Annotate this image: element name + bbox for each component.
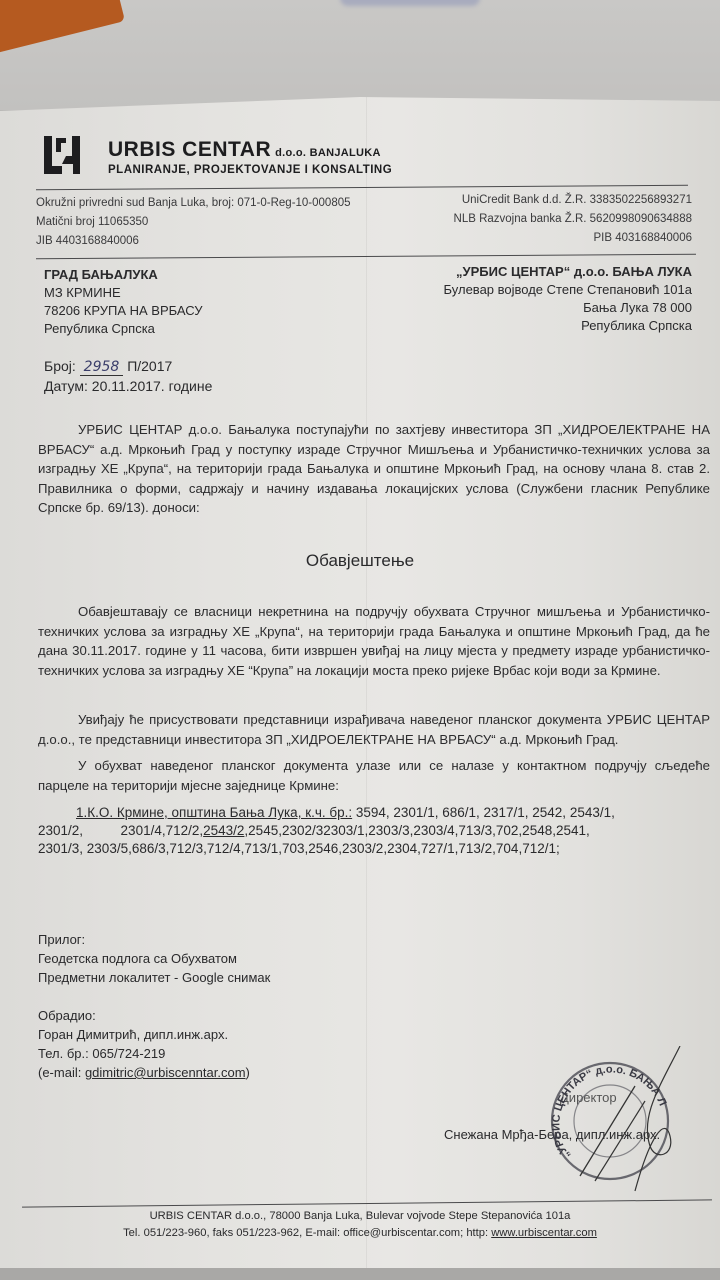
parcel-list-label: 1.К.О. Крмине, општина Бања Лука, к.ч. б… bbox=[76, 805, 352, 820]
intro-text: УРБИС ЦЕНТАР д.о.о. Бањалука поступајући… bbox=[38, 422, 710, 515]
official-stamp-icon: „УРБИС ЦЕНТАР“ д.о.о. БАЊА ЛУКА bbox=[540, 1046, 690, 1196]
email-prefix: (e-mail: bbox=[38, 1065, 85, 1080]
preparer-name: Горан Димитрић, дипл.инж.арх. bbox=[38, 1025, 250, 1044]
jib-number: JIB 4403168840006 bbox=[36, 232, 351, 251]
parcel-number-underlined: 2543/2 bbox=[203, 823, 244, 838]
notice-paragraph: Обавјештавају се власници некретнина на … bbox=[38, 602, 710, 680]
sender-line: Бања Лука 78 000 bbox=[444, 299, 692, 317]
attachments-block: Прилог: Геодетска подлога са Обухватом П… bbox=[38, 930, 270, 987]
scope-paragraph: У обухват наведеног планског документа у… bbox=[38, 756, 710, 795]
recipient-line: МЗ КРМИНЕ bbox=[44, 284, 202, 302]
footer: URBIS CENTAR d.o.o., 78000 Banja Luka, B… bbox=[0, 1208, 720, 1242]
email-suffix: ) bbox=[246, 1065, 250, 1080]
attendance-paragraph: Увиђају ће присуствовати представници из… bbox=[38, 710, 710, 749]
letterhead-brand: URBIS CENTARd.o.o. BANJALUKA PLANIRANJE,… bbox=[108, 138, 392, 176]
company-tagline: PLANIRANJE, PROJEKTOVANJE I KONSALTING bbox=[108, 164, 392, 176]
paper-fold bbox=[366, 97, 367, 1269]
date-label: Датум: bbox=[44, 378, 88, 394]
intro-paragraph: УРБИС ЦЕНТАР д.о.о. Бањалука поступајући… bbox=[38, 420, 710, 518]
recipient-line: Република Српска bbox=[44, 320, 202, 338]
company-suffix: d.o.o. BANJALUKA bbox=[275, 147, 381, 159]
registration-number: Matični broj 11065350 bbox=[36, 213, 351, 232]
footer-contacts: Tel. 051/223-960, faks 051/223-962, E-ma… bbox=[123, 1227, 491, 1239]
recipient-address: ГРАД БАЊАЛУКА МЗ КРМИНЕ 78206 КРУПА НА В… bbox=[44, 266, 202, 338]
attendance-text: Увиђају ће присуствовати представници из… bbox=[38, 712, 710, 747]
date-value: 20.11.2017. године bbox=[92, 378, 213, 394]
handwritten-reference-number: 2958 bbox=[80, 359, 124, 376]
parcel-list: 1.К.О. Крмине, општина Бања Лука, к.ч. б… bbox=[38, 804, 718, 858]
parcel-numbers: ,2545,2302/32303/1,2303/3,2303/4,713/3,7… bbox=[244, 823, 589, 838]
document-title: Обавјештење bbox=[0, 551, 720, 571]
preparer-email-link[interactable]: gdimitric@urbiscenntar.com bbox=[85, 1065, 246, 1080]
attachment-item: Предметни локалитет - Google снимак bbox=[38, 968, 270, 987]
sender-line: Република Српска bbox=[444, 317, 692, 335]
background-surface bbox=[0, 1268, 720, 1280]
recipient-line: ГРАД БАЊАЛУКА bbox=[44, 266, 202, 284]
notice-text: Обавјештавају се власници некретнина на … bbox=[38, 604, 710, 678]
sender-line: Булевар војводе Степе Степановић 101а bbox=[444, 281, 692, 299]
urbis-logo-icon bbox=[42, 134, 88, 176]
attachments-label: Прилог: bbox=[38, 930, 270, 949]
sender-line: „УРБИС ЦЕНТАР“ д.о.о. БАЊА ЛУКА bbox=[444, 263, 692, 281]
pib-number: PIB 403168840006 bbox=[454, 229, 692, 248]
parcel-numbers: 2301/3, 2303/5,686/3,712/3,712/4,713/1,7… bbox=[38, 840, 718, 858]
reference-number-label: Број: bbox=[44, 358, 76, 374]
reference-number-suffix: П/2017 bbox=[127, 358, 172, 374]
registration-info: Okružni privredni sud Banja Luka, broj: … bbox=[36, 194, 351, 251]
bank-info: UniCredit Bank d.d. Ž.R. 338350225689327… bbox=[454, 191, 692, 248]
recipient-line: 78206 КРУПА НА ВРБАСУ bbox=[44, 302, 202, 320]
reference-block: Број: 2958 П/2017 Датум: 20.11.2017. год… bbox=[44, 357, 212, 396]
website-link[interactable]: www.urbiscentar.com bbox=[491, 1227, 597, 1239]
company-name: URBIS CENTAR bbox=[108, 138, 271, 161]
parcel-numbers: 2301/2, 2301/4,712/2, bbox=[38, 823, 203, 838]
scope-text: У обухват наведеног планског документа у… bbox=[38, 758, 710, 793]
preparer-phone: Тел. бр.: 065/724-219 bbox=[38, 1044, 250, 1063]
bank-account-unicredit: UniCredit Bank d.d. Ž.R. 338350225689327… bbox=[454, 191, 692, 210]
background-object bbox=[340, 0, 480, 6]
sender-address: „УРБИС ЦЕНТАР“ д.о.о. БАЊА ЛУКА Булевар … bbox=[444, 263, 692, 335]
footer-address: URBIS CENTAR d.o.o., 78000 Banja Luka, B… bbox=[0, 1208, 720, 1225]
prepared-by-block: Обрадио: Горан Димитрић, дипл.инж.арх. Т… bbox=[38, 1006, 250, 1082]
parcel-numbers: 3594, 2301/1, 686/1, 2317/1, 2542, 2543/… bbox=[352, 805, 615, 820]
attachment-item: Геодетска подлога са Обухватом bbox=[38, 949, 270, 968]
bank-account-nlb: NLB Razvojna banka Ž.R. 5620998090634888 bbox=[454, 210, 692, 229]
prepared-by-label: Обрадио: bbox=[38, 1006, 250, 1025]
court-registration: Okružni privredni sud Banja Luka, broj: … bbox=[36, 194, 351, 213]
